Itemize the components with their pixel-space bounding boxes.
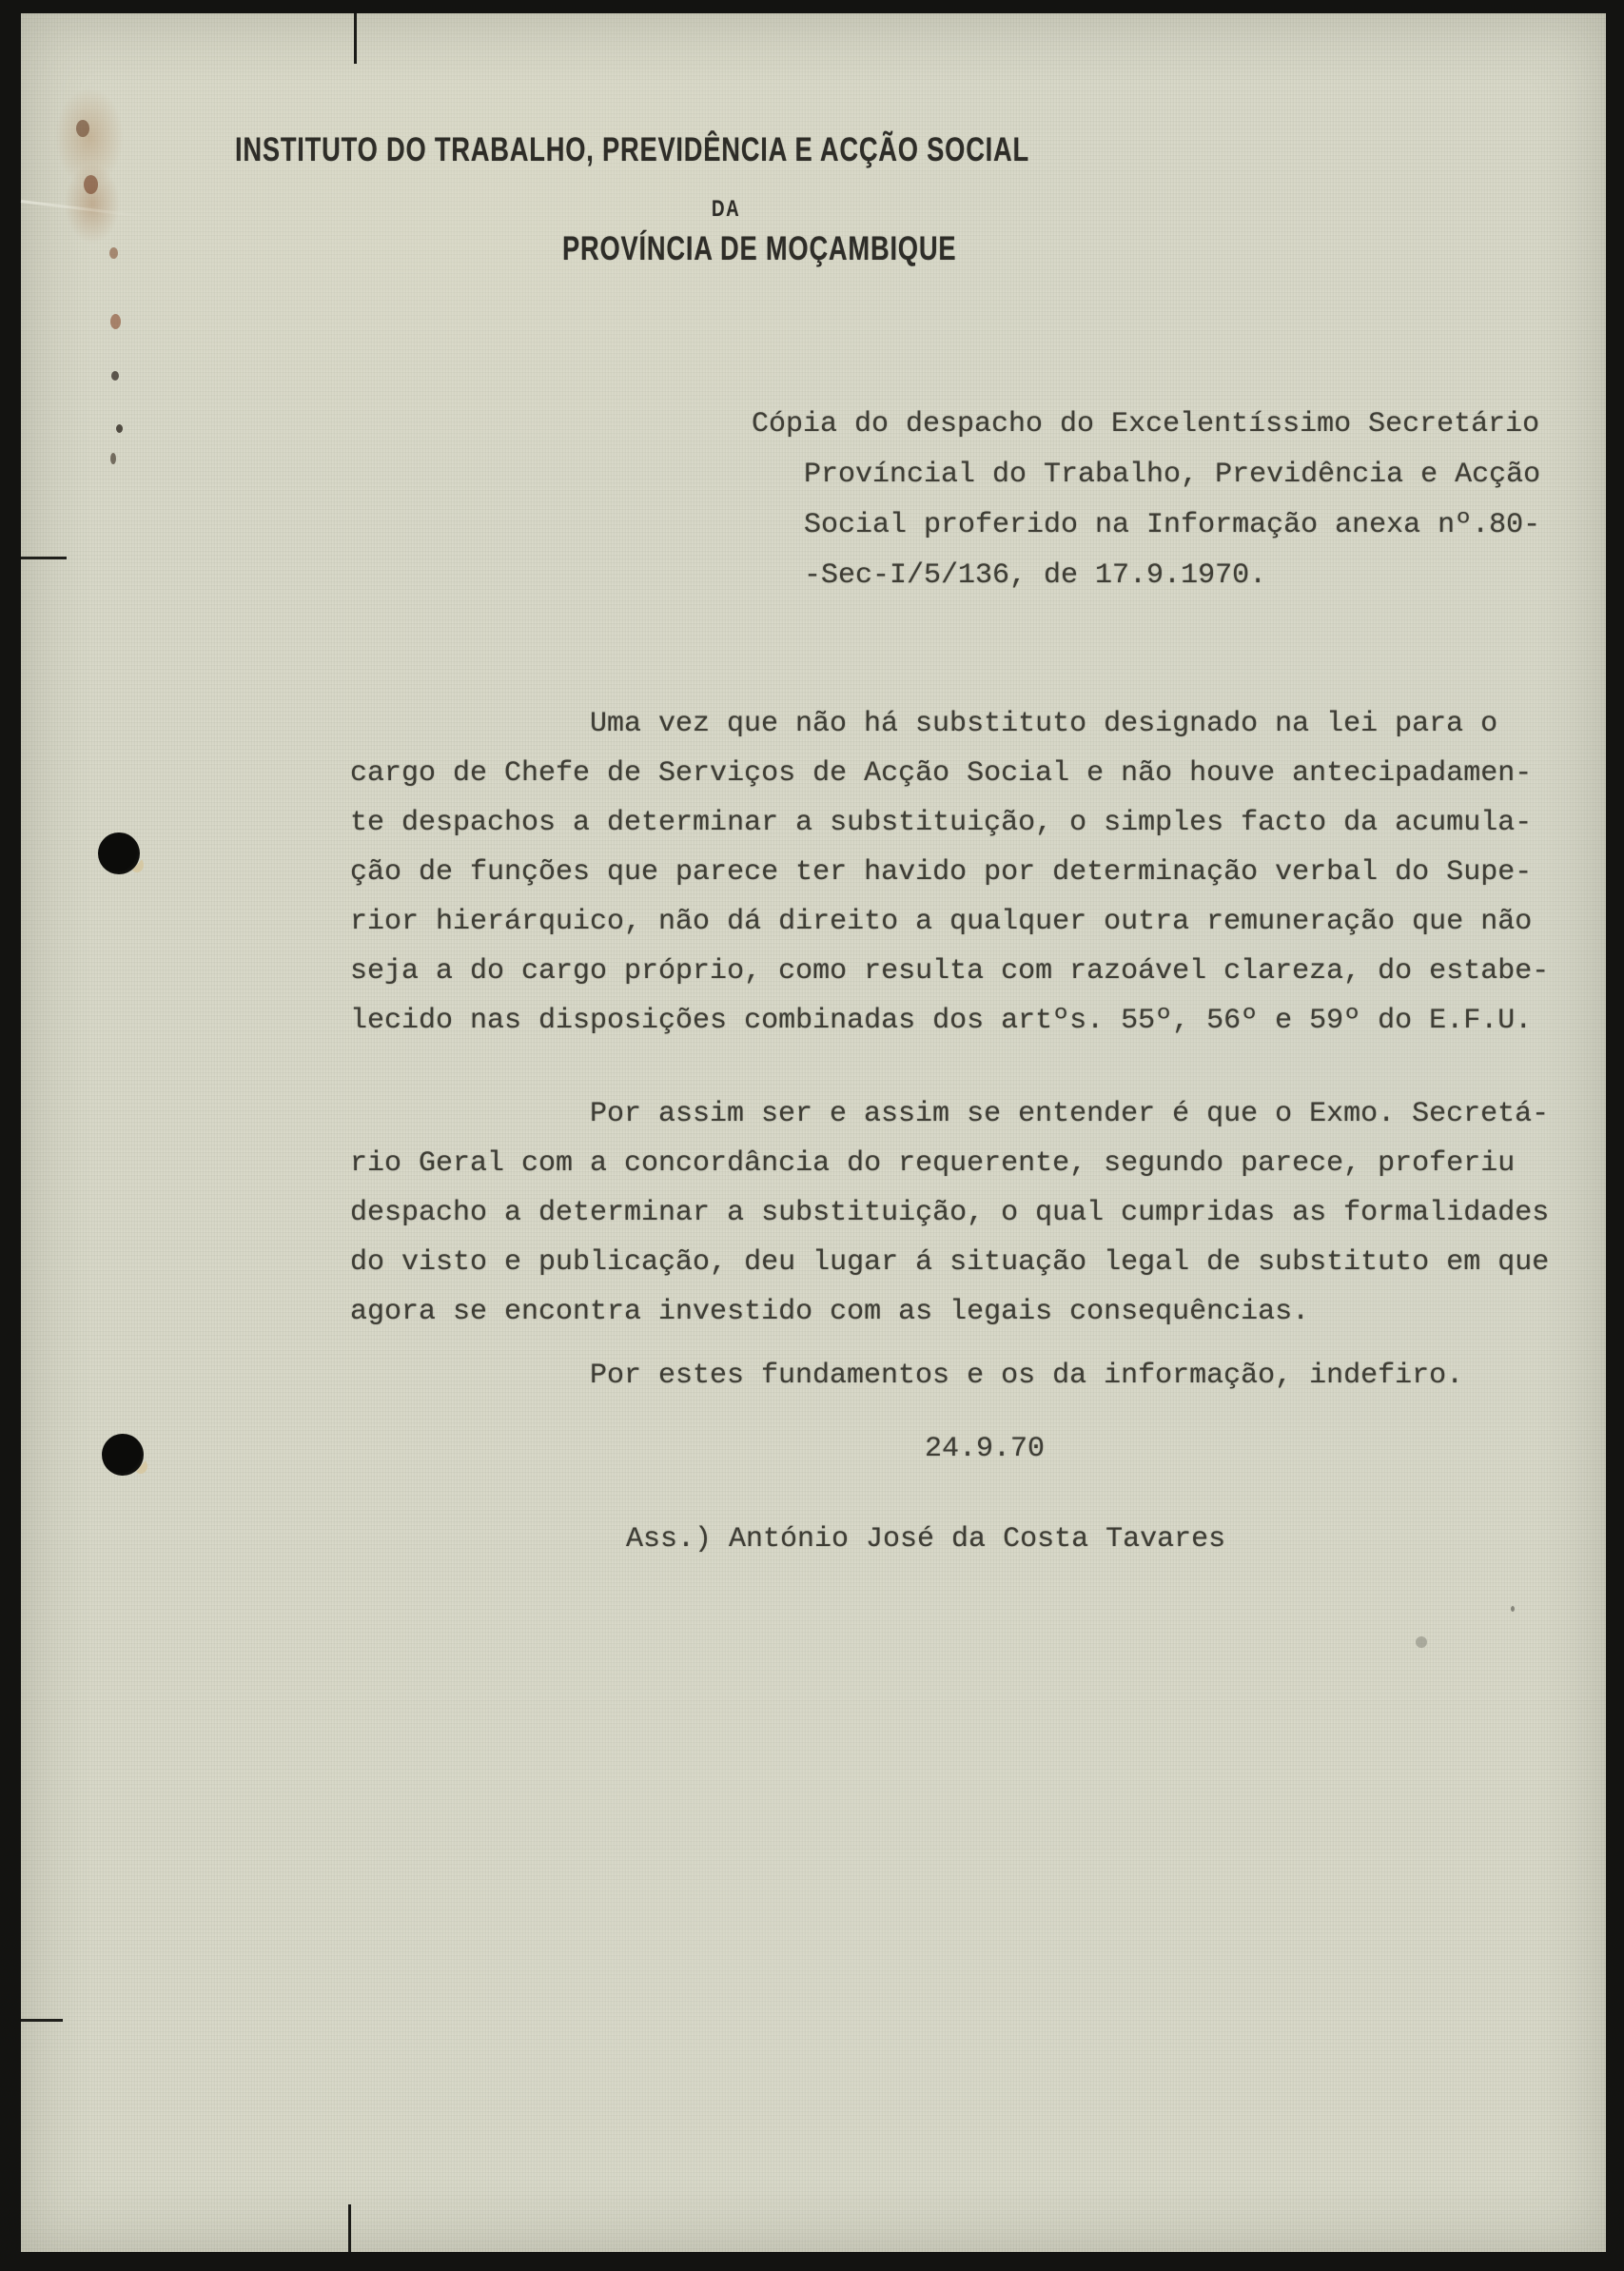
stain-speck: [1416, 1636, 1427, 1648]
rust-stain: [84, 175, 98, 194]
body-line: do visto e publicação, deu lugar á situa…: [350, 1238, 1549, 1287]
margin-mark-lower: [21, 2019, 63, 2022]
copy-note-line: -Sec-I/5/136, de 17.9.1970.: [804, 551, 1540, 601]
copy-note-line: Social proferido na Informação anexa nº.…: [804, 500, 1540, 551]
stain-speck: [1511, 1606, 1515, 1612]
punch-hole-edge: [134, 1459, 147, 1474]
body-line: lecido nas disposições combinadas dos ar…: [350, 996, 1549, 1046]
scan-background: { "letterhead": { "line1": "INSTITUTO DO…: [0, 0, 1624, 2271]
stain-speck: [109, 247, 118, 259]
stain-speck: [110, 314, 121, 329]
letterhead-province-name: PROVÍNCIA DE MOÇAMBIQUE: [562, 230, 956, 268]
signature-line: Ass.) António José da Costa Tavares: [626, 1523, 1225, 1556]
stain-speck: [111, 371, 119, 381]
despatch-date: 24.9.70: [925, 1433, 1045, 1465]
body-line: ção de funções que parece ter havido por…: [350, 848, 1549, 897]
copy-note-line: Cópia do despacho do Excelentíssimo Secr…: [752, 400, 1540, 450]
body-line: te despachos a determinar a substituição…: [350, 798, 1549, 848]
rust-stain: [76, 120, 89, 137]
crop-mark-bottom: [348, 2204, 351, 2252]
body-line: cargo de Chefe de Serviços de Acção Soci…: [350, 749, 1549, 798]
copy-note-line: Províncial do Trabalho, Previdência e Ac…: [804, 450, 1540, 500]
document-page: INSTITUTO DO TRABALHO, PREVIDÊNCIA E ACÇ…: [21, 13, 1606, 2252]
stain-speck: [116, 424, 123, 433]
body-line: rior hierárquico, não dá direito a qualq…: [350, 897, 1549, 947]
copy-note: Cópia do despacho do Excelentíssimo Secr…: [752, 400, 1540, 601]
body-line: Por assim ser e assim se entender é que …: [350, 1089, 1549, 1139]
margin-mark-upper: [21, 557, 67, 559]
punch-hole: [98, 832, 140, 874]
punch-hole-edge: [130, 857, 144, 872]
body-line: seja a do cargo próprio, como resulta co…: [350, 947, 1549, 996]
crop-mark-top: [354, 13, 357, 64]
stain-speck: [110, 453, 116, 464]
body-line: despacho a determinar a substituição, o …: [350, 1188, 1549, 1238]
letterhead-institute-name: INSTITUTO DO TRABALHO, PREVIDÊNCIA E ACÇ…: [235, 131, 1029, 169]
punch-hole: [102, 1434, 144, 1476]
body-paragraph-1: Uma vez que não há substituto designado …: [350, 699, 1549, 1046]
body-line: agora se encontra investido com as legai…: [350, 1287, 1549, 1337]
body-paragraph-2: Por assim ser e assim se entender é que …: [350, 1089, 1549, 1337]
closing-line: Por estes fundamentos e os da informação…: [590, 1360, 1463, 1392]
body-line: Uma vez que não há substituto designado …: [350, 699, 1549, 749]
body-line: rio Geral com a concordância do requeren…: [350, 1139, 1549, 1188]
letterhead-da: DA: [712, 196, 740, 223]
